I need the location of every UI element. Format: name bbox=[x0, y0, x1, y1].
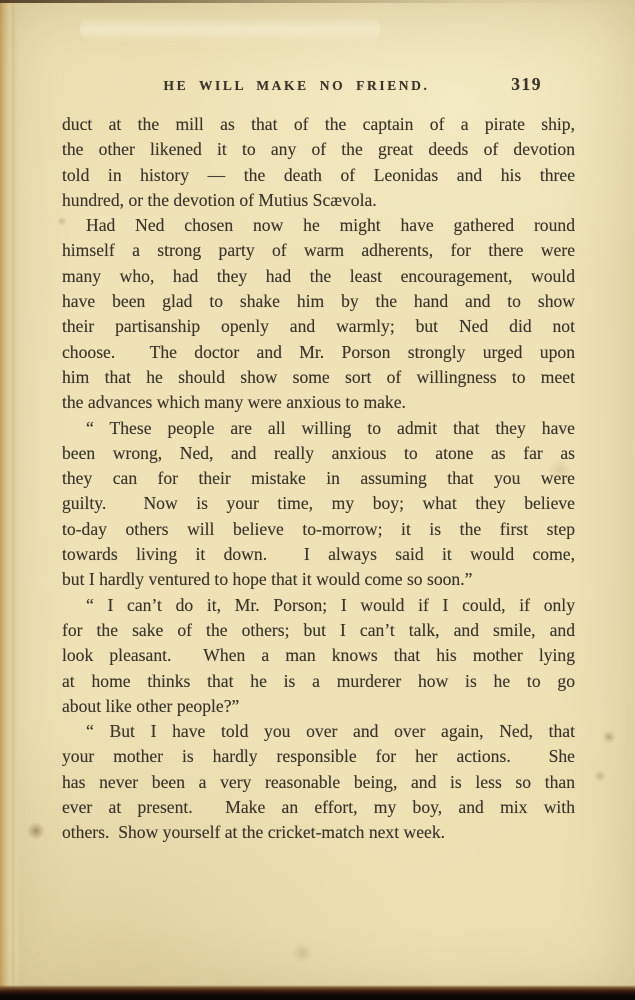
text-line: ever at present. Make an effort, my boy,… bbox=[62, 795, 575, 820]
text-line: “ These people are all willing to admit … bbox=[62, 416, 575, 441]
paragraph: Had Ned chosen now he might have gathere… bbox=[62, 213, 575, 415]
text-line: duct at the mill as that of the captain … bbox=[62, 112, 575, 137]
text-line: told in history — the death of Leonidas … bbox=[62, 163, 575, 188]
text-line: others. Show yourself at the cricket-mat… bbox=[62, 820, 575, 845]
paragraph: “ These people are all willing to admit … bbox=[62, 416, 575, 593]
text-line: himself a strong party of warm adherents… bbox=[62, 238, 575, 263]
page-binding-edge bbox=[0, 0, 20, 1000]
text-line: “ But I have told you over and over agai… bbox=[62, 719, 575, 744]
text-line: has never been a very reasonable being, … bbox=[62, 770, 575, 795]
text-line: been wrong, Ned, and really anxious to a… bbox=[62, 441, 575, 466]
text-line: look pleasant. When a man knows that his… bbox=[62, 643, 575, 668]
text-line: “ I can’t do it, Mr. Porson; I would if … bbox=[62, 593, 575, 618]
text-line: Had Ned chosen now he might have gathere… bbox=[62, 213, 575, 238]
photo-bottom-band bbox=[0, 985, 635, 1000]
paragraph: “ But I have told you over and over agai… bbox=[62, 719, 575, 845]
text-line: many who, had they had the least encoura… bbox=[62, 264, 575, 289]
text-line: at home thinks that he is a murderer how… bbox=[62, 669, 575, 694]
paragraph: “ I can’t do it, Mr. Porson; I would if … bbox=[62, 593, 575, 719]
paragraph: duct at the mill as that of the captain … bbox=[62, 112, 575, 213]
text-line: hundred, or the devotion of Mutius Scævo… bbox=[62, 188, 575, 213]
text-line: about like other people?” bbox=[62, 694, 575, 719]
text-line: to-day others will believe to-morrow; it… bbox=[62, 517, 575, 542]
page-header: HE WILL MAKE NO FRIEND. 319 bbox=[62, 77, 575, 99]
text-line: but I hardly ventured to hope that it wo… bbox=[62, 567, 575, 592]
book-page-scan: HE WILL MAKE NO FRIEND. 319 duct at the … bbox=[0, 0, 635, 1000]
text-line: the advances which many were anxious to … bbox=[62, 390, 575, 415]
text-line: they can for their mistake in assuming t… bbox=[62, 466, 575, 491]
text-line: have been glad to shake him by the hand … bbox=[62, 289, 575, 314]
page-body: duct at the mill as that of the captain … bbox=[62, 112, 575, 846]
page-number: 319 bbox=[511, 74, 542, 95]
text-line: your mother is hardly responsible for he… bbox=[62, 744, 575, 769]
text-line: the other likened it to any of the great… bbox=[62, 137, 575, 162]
text-line: choose. The doctor and Mr. Porson strong… bbox=[62, 340, 575, 365]
text-line: their partisanship openly and warmly; bu… bbox=[62, 314, 575, 339]
photo-top-edge bbox=[0, 0, 635, 3]
paper-light-streak bbox=[80, 16, 380, 42]
running-title: HE WILL MAKE NO FRIEND. bbox=[164, 78, 430, 94]
text-line: guilty. Now is your time, my boy; what t… bbox=[62, 491, 575, 516]
text-line: for the sake of the others; but I can’t … bbox=[62, 618, 575, 643]
text-line: towards living it down. I always said it… bbox=[62, 542, 575, 567]
text-line: him that he should show some sort of wil… bbox=[62, 365, 575, 390]
